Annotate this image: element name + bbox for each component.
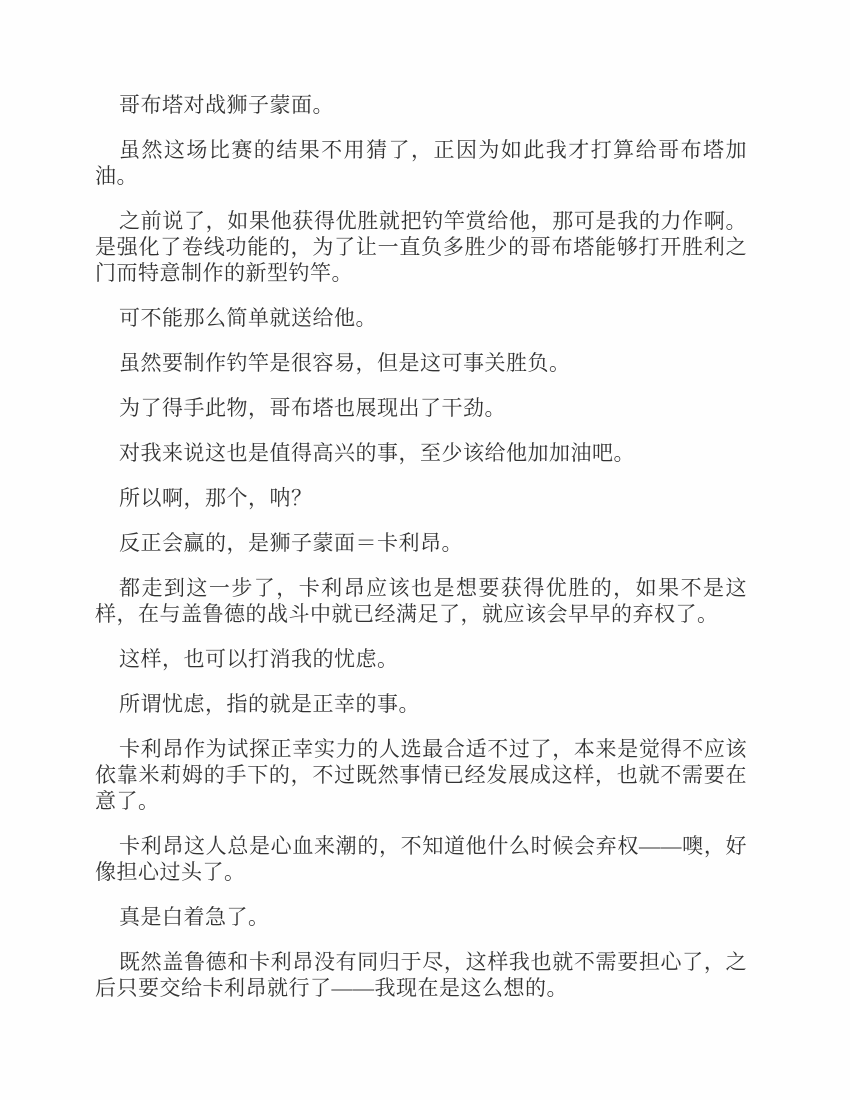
paragraph: 既然盖鲁德和卡利昂没有同归于尽，这样我也就不需要担心了，之后只要交给卡利昂就行了…: [95, 949, 747, 1001]
paragraph: 哥布塔对战狮子蒙面。: [95, 92, 747, 118]
paragraph: 可不能那么简单就送给他。: [95, 305, 747, 331]
paragraph: 卡利昂这人总是心血来潮的，不知道他什么时候会弃权——噢，好像担心过头了。: [95, 833, 747, 885]
novel-text-column: 哥布塔对战狮子蒙面。 虽然这场比赛的结果不用猜了，正因为如此我才打算给哥布塔加油…: [95, 92, 747, 1020]
paragraph: 虽然这场比赛的结果不用猜了，正因为如此我才打算给哥布塔加油。: [95, 137, 747, 189]
paragraph: 对我来说这也是值得高兴的事，至少该给他加加油吧。: [95, 440, 747, 466]
paragraph: 这样，也可以打消我的忧虑。: [95, 646, 747, 672]
paragraph: 虽然要制作钓竿是很容易，但是这可事关胜负。: [95, 350, 747, 376]
paragraph: 反正会赢的，是狮子蒙面＝卡利昂。: [95, 530, 747, 556]
paragraph: 为了得手此物，哥布塔也展现出了干劲。: [95, 395, 747, 421]
paragraph: 所谓忧虑，指的就是正幸的事。: [95, 691, 747, 717]
paragraph: 之前说了，如果他获得优胜就把钓竿赏给他，那可是我的力作啊。是强化了卷线功能的，为…: [95, 208, 747, 286]
paragraph: 所以啊，那个，呐？: [95, 485, 747, 511]
ebook-page: 哥布塔对战狮子蒙面。 虽然这场比赛的结果不用猜了，正因为如此我才打算给哥布塔加油…: [0, 0, 850, 1100]
paragraph: 都走到这一步了，卡利昂应该也是想要获得优胜的，如果不是这样，在与盖鲁德的战斗中就…: [95, 575, 747, 627]
paragraph: 卡利昂作为试探正幸实力的人选最合适不过了，本来是觉得不应该依靠米莉姆的手下的，不…: [95, 736, 747, 814]
paragraph: 真是白着急了。: [95, 904, 747, 930]
